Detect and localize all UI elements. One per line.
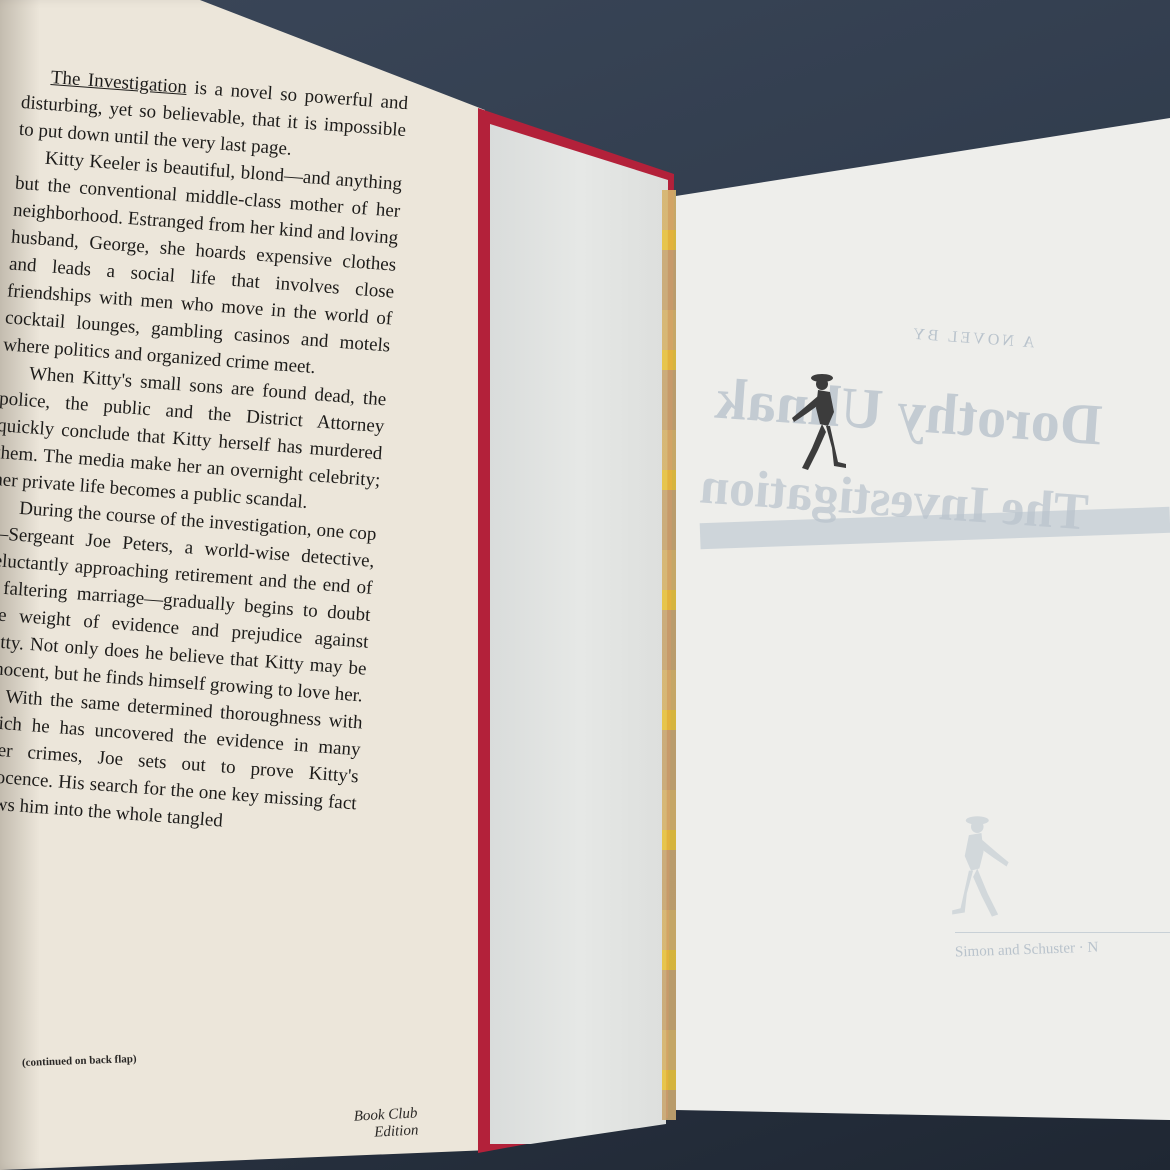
sower-icon: [782, 368, 852, 478]
blurb-paragraph-5: With the same determined thoroughness wi…: [0, 681, 363, 844]
book-title-reference: The Investigation: [50, 67, 188, 98]
edition-label: Book Club Edition: [317, 1105, 419, 1144]
endpaper: [490, 124, 670, 1144]
flap-blurb: The Investigation is a novel so powerful…: [0, 62, 409, 844]
blurb-paragraph-4: During the course of the investigation, …: [0, 493, 377, 710]
publisher-rule: [955, 932, 1170, 933]
taped-page-edge: [662, 190, 676, 1120]
blurb-paragraph-2: Kitty Keeler is beautiful, blond—and any…: [2, 143, 403, 387]
sower-icon-show-through: [945, 810, 1020, 925]
